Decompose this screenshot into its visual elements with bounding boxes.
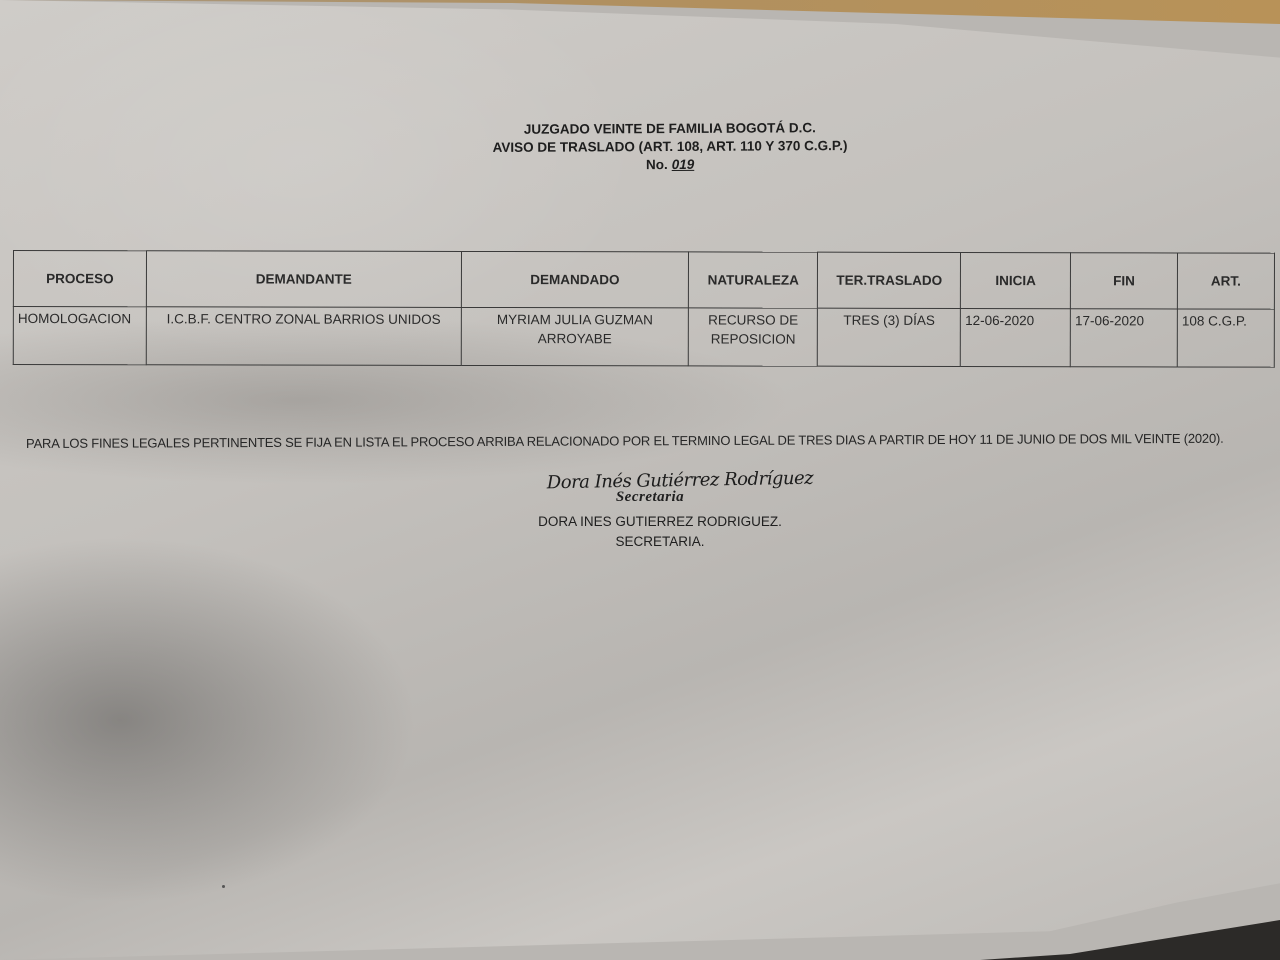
signatory-name: DORA INES GUTIERREZ RODRIGUEZ.	[460, 512, 860, 532]
table-header-row: PROCESO DEMANDANTE DEMANDADO NATURALEZA …	[13, 251, 1274, 310]
col-header-demandado: DEMANDADO	[461, 251, 689, 307]
col-header-demandante: DEMANDANTE	[146, 251, 461, 308]
signature-block: Dora Inés Gutiérrez Rodríguez Secretaria…	[480, 470, 860, 552]
cell-demandante: I.C.B.F. CENTRO ZONAL BARRIOS UNIDOS	[146, 307, 461, 366]
col-header-fin: FIN	[1071, 253, 1178, 309]
notice-number: No.019	[420, 155, 920, 176]
table-row: HOMOLOGACION I.C.B.F. CENTRO ZONAL BARRI…	[13, 307, 1274, 368]
traslado-table: PROCESO DEMANDANTE DEMANDADO NATURALEZA …	[13, 250, 1275, 368]
notice-number-label: No.	[646, 157, 668, 172]
document-header: JUZGADO VEINTE DE FAMILIA BOGOTÁ D.C. AV…	[420, 119, 920, 176]
notice-number-value: 019	[672, 157, 695, 172]
col-header-ter-traslado: TER.TRASLADO	[818, 252, 961, 308]
signatory-role: SECRETARIA.	[460, 532, 860, 552]
col-header-inicia: INICIA	[961, 252, 1071, 308]
cell-naturaleza: RECURSO DE REPOSICION	[689, 308, 818, 366]
printed-signatory: DORA INES GUTIERREZ RODRIGUEZ. SECRETARI…	[460, 512, 860, 552]
demandado-line-2: ARROYABE	[465, 329, 684, 348]
notice-title: AVISO DE TRASLADO (ART. 108, ART. 110 Y …	[420, 137, 920, 158]
paper-speck	[222, 885, 225, 888]
cell-fin: 17-06-2020	[1070, 309, 1177, 367]
demandado-line-1: MYRIAM JULIA GUZMAN	[465, 310, 684, 329]
cell-inicia: 12-06-2020	[961, 308, 1071, 366]
cell-proceso: HOMOLOGACION	[13, 307, 146, 365]
col-header-naturaleza: NATURALEZA	[689, 252, 818, 308]
naturaleza-line-2: REPOSICION	[693, 329, 813, 348]
cell-ter-traslado: TRES (3) DÍAS	[818, 308, 961, 366]
photo-scene: JUZGADO VEINTE DE FAMILIA BOGOTÁ D.C. AV…	[0, 0, 1280, 960]
col-header-art: ART.	[1177, 253, 1274, 309]
cell-art: 108 C.G.P.	[1177, 309, 1274, 367]
naturaleza-line-1: RECURSO DE	[693, 310, 813, 329]
cell-demandado: MYRIAM JULIA GUZMAN ARROYABE	[461, 307, 689, 365]
col-header-proceso: PROCESO	[13, 251, 146, 307]
